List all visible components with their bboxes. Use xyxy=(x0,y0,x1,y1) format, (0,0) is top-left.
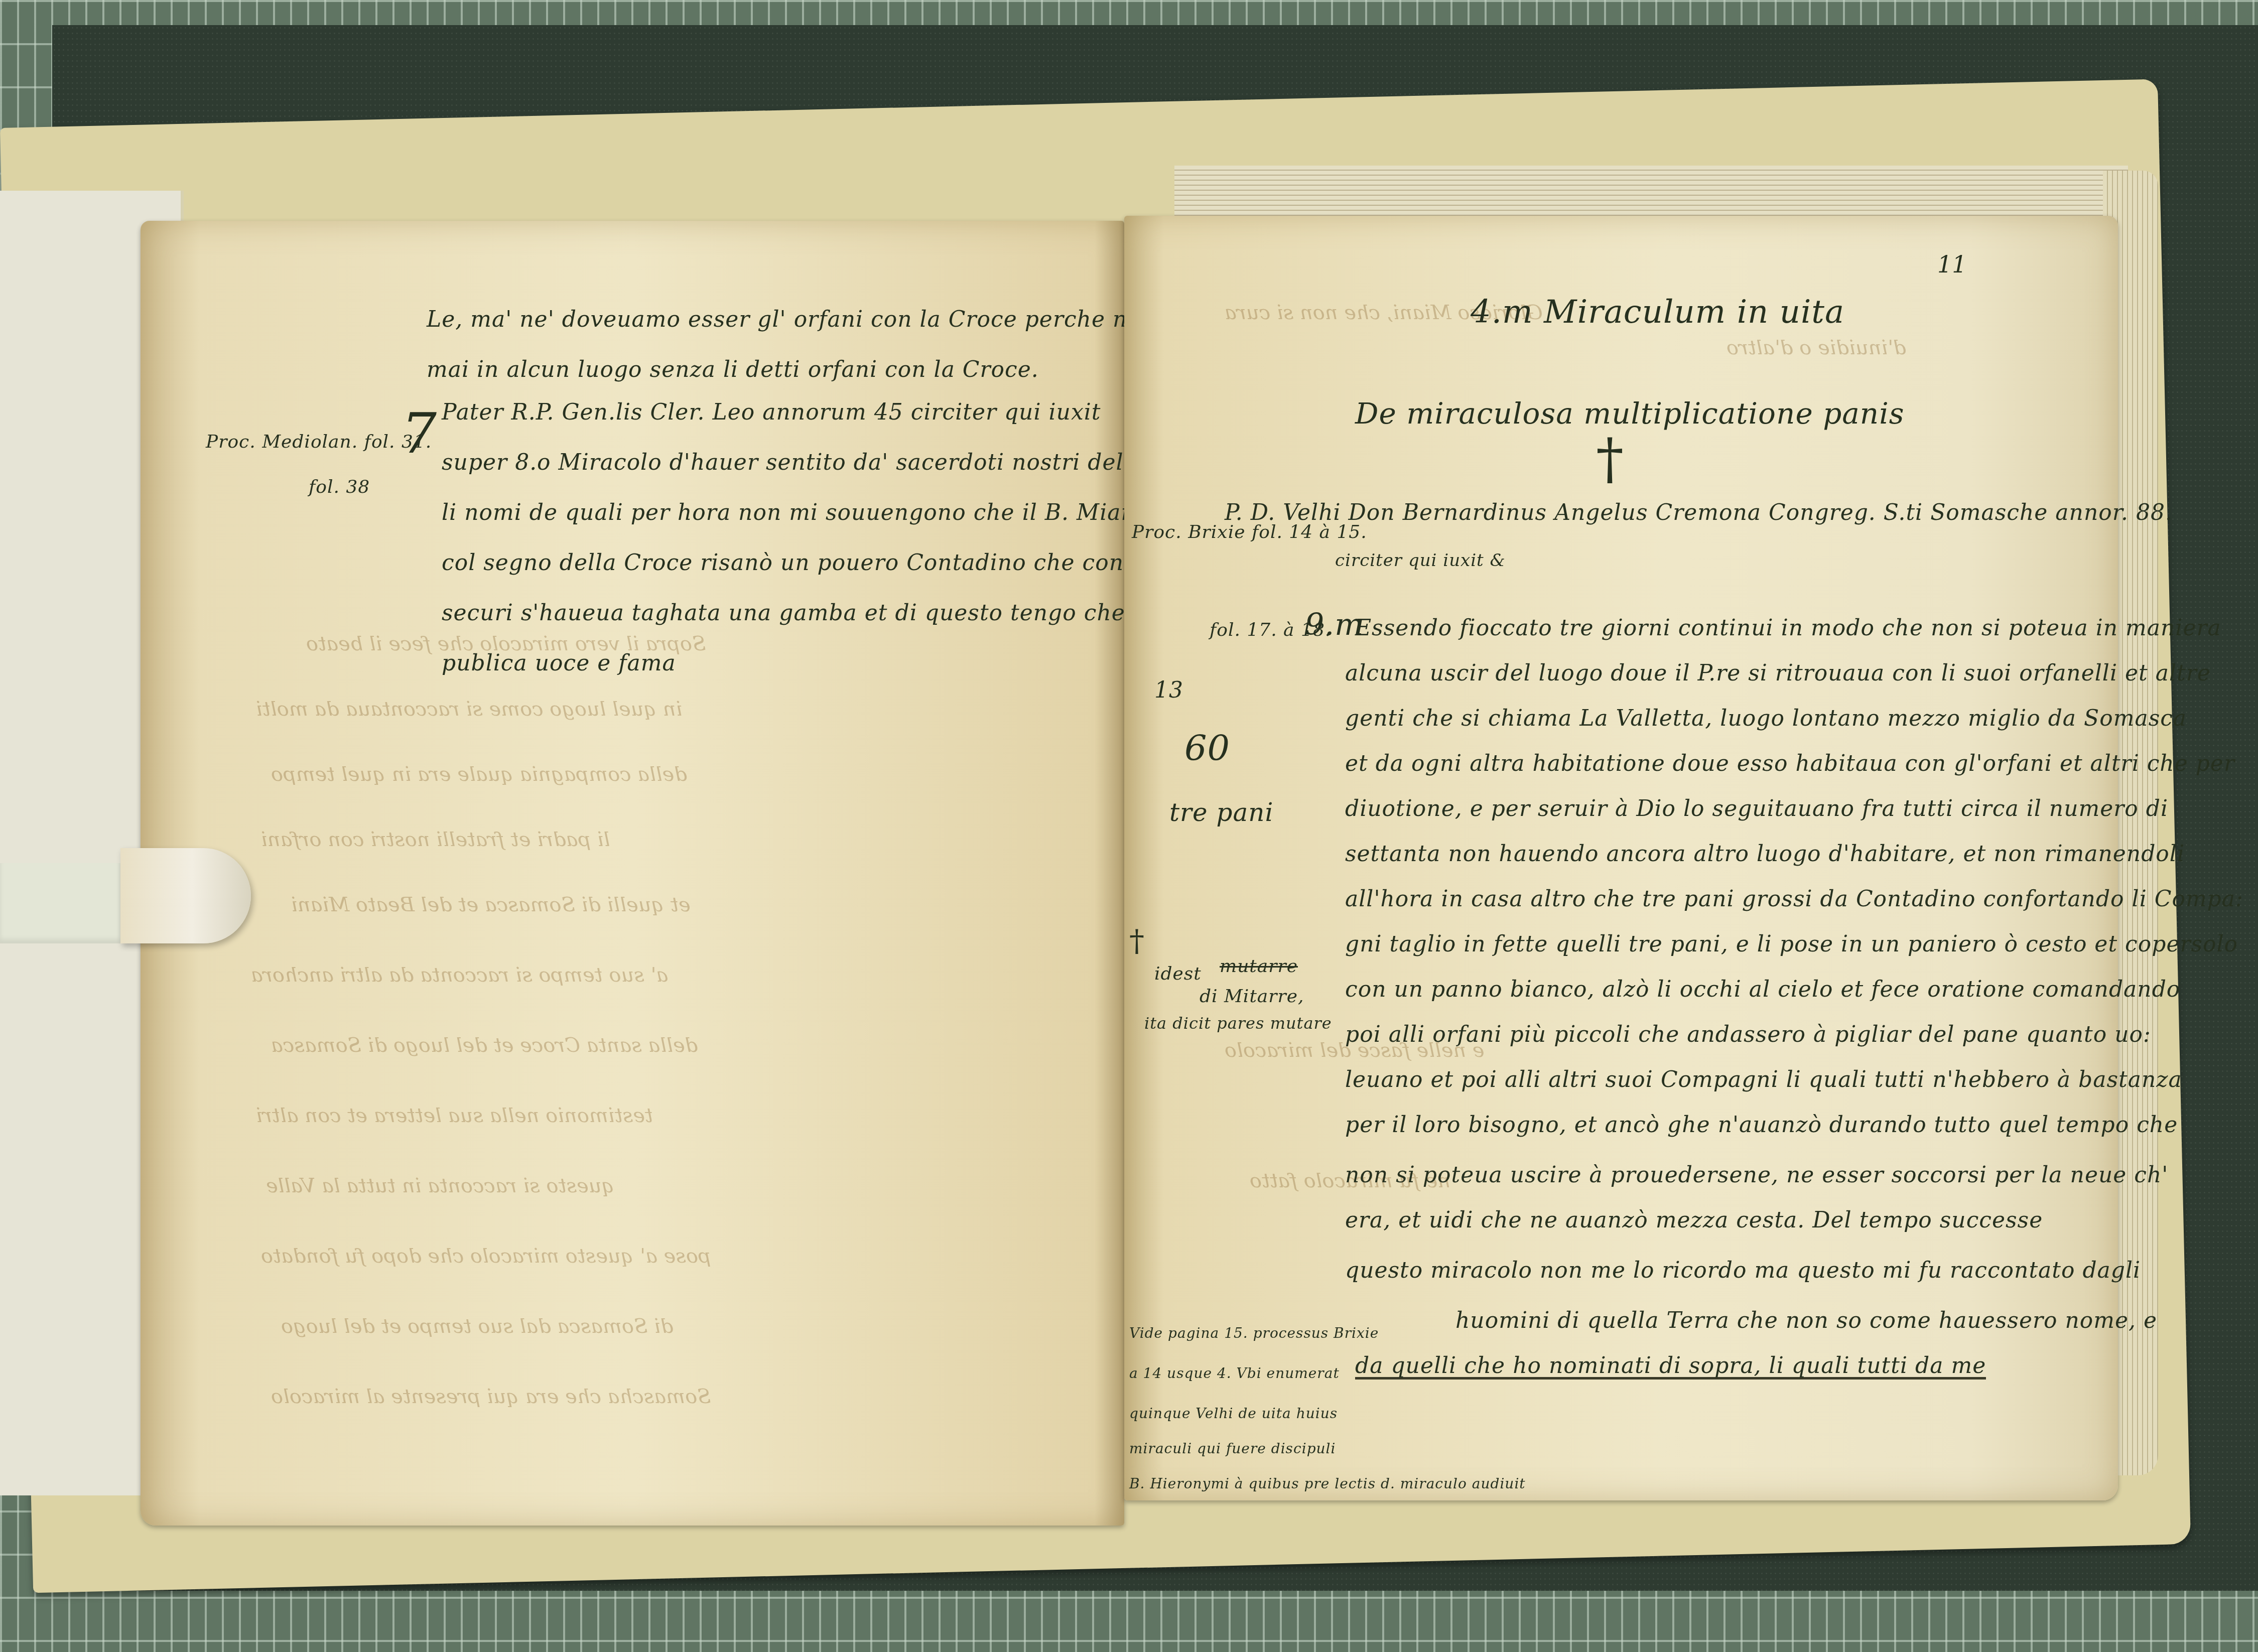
left-item-line-4: col segno della Croce risanò un pouero C… xyxy=(442,552,1174,574)
bleed-through-text: pose a' questo miracolo che dopo fu fond… xyxy=(261,1245,711,1268)
body-line-13: non si poteua uscire à prouedersene, ne … xyxy=(1345,1164,2168,1186)
folio-number: 11 xyxy=(1937,251,1967,278)
bottom-note-line-1: Vide pagina 15. processus Brixie xyxy=(1129,1325,1379,1341)
bleed-through-text: di Somasca dal suo tempo et del luogo xyxy=(281,1315,674,1338)
bleed-through-text: li padri et fratelli nostri con orfani xyxy=(261,828,610,851)
cross-mark: † xyxy=(1596,427,1624,491)
idest-line-3: ita dicit pares mutare xyxy=(1144,1014,1332,1033)
chapter-title: 4.m Miraculum in uita xyxy=(1471,294,1844,331)
bottom-note-line-2: a 14 usque 4. Vbi enumerat xyxy=(1129,1365,1340,1382)
body-line-8: gni taglio in fette quelli tre pani, e l… xyxy=(1345,933,2238,955)
bleed-through-text: testimonio nella sua lettera et con altr… xyxy=(256,1104,653,1127)
bleed-through-text: et quelli di Somasca et del Beato Miani xyxy=(291,893,691,916)
body-line-12: per il loro bisogno, et ancò ghe n'auanz… xyxy=(1345,1114,2178,1136)
body-line-16: huomini di quella Terra che non so come … xyxy=(1455,1310,2157,1332)
clip-head xyxy=(120,848,251,943)
bleed-through-text: della compagnia quale era in quel tempo xyxy=(271,763,687,786)
bottom-note-line-3: quinque Velhi de uita huius xyxy=(1129,1405,1338,1422)
left-item-line-6: publica uoce e fama xyxy=(442,652,676,674)
bleed-through-text: della santa Croce et del luogo di Somasc… xyxy=(271,1034,698,1057)
body-line-1: Essendo fioccato tre giorni continui in … xyxy=(1355,617,2221,639)
body-line-15: questo miracolo non me lo ricordo ma que… xyxy=(1345,1260,2141,1282)
left-line-2: mai in alcun luogo senza li detti orfani… xyxy=(427,359,1039,381)
margin-number-60: 60 xyxy=(1184,728,1230,769)
margin-note-proc-mediolan: Proc. Mediolan. fol. 31. xyxy=(206,432,432,452)
bleed-through-text: questo si racconta in tutta la Valle xyxy=(266,1174,614,1197)
archival-clip xyxy=(0,848,251,948)
idest-line-2: di Mitarre, xyxy=(1200,986,1304,1007)
margin-note-tre-pani: tre pani xyxy=(1169,798,1274,827)
struck-word: mutarre xyxy=(1220,956,1298,977)
body-line-4: et da ogni altra habitatione doue esso h… xyxy=(1345,753,2235,775)
left-item-line-3: li nomi de quali per hora non mi souueng… xyxy=(442,502,1143,524)
intro-line-2: circiter qui iuxit & xyxy=(1335,552,1506,569)
margin-number-13: 13 xyxy=(1154,677,1183,703)
bleed-through-text: Somascha che era qui presente al miracol… xyxy=(271,1385,711,1408)
intro-line-1: P. D. Velhi Don Bernardinus Angelus Crem… xyxy=(1225,502,2173,524)
left-item-line-5: securi s'haueua taghata una gamba et di … xyxy=(442,602,1202,624)
chapter-heading: De miraculosa multiplicatione panis xyxy=(1355,396,1905,431)
clip-band xyxy=(0,863,120,943)
body-line-10: poi alli orfani più piccoli che andasser… xyxy=(1345,1024,2151,1046)
left-item-line-1: Pater R.P. Gen.lis Cler. Leo annorum 45 … xyxy=(442,401,1101,424)
margin-cross-mark: † xyxy=(1129,923,1145,958)
idest-label: idest xyxy=(1154,963,1202,984)
bleed-through-text: d'inuidie o d'altro xyxy=(1726,336,1906,359)
body-line-6: settanta non hauendo ancora altro luogo … xyxy=(1345,843,2185,865)
bleed-through-text: a' suo tempo si racconta da altri anchor… xyxy=(251,963,668,987)
bottom-note-line-5: B. Hieronymi à quibus pre lectis d. mira… xyxy=(1129,1475,1526,1492)
body-line-17: da quelli che ho nominati di sopra, li q… xyxy=(1355,1355,1986,1380)
body-line-9: con un panno bianco, alzò li occhi al ci… xyxy=(1345,979,2180,1001)
margin-note-fol-38: fol. 38 xyxy=(309,477,370,497)
page-stack-top-edge xyxy=(1174,166,2128,221)
bottom-note-line-4: miraculi qui fuere discipuli xyxy=(1129,1440,1336,1457)
body-line-7: all'hora in casa altro che tre pani gros… xyxy=(1345,888,2243,910)
body-line-5: diuotione, e per seruir à Dio lo seguita… xyxy=(1345,798,2168,820)
body-line-2: alcuna uscir del luogo doue il P.re si r… xyxy=(1345,662,2211,684)
body-line-3: genti che si chiama La Valletta, luogo l… xyxy=(1345,708,2187,730)
body-line-14: era, et uidi che ne auanzò mezza cesta. … xyxy=(1345,1209,2043,1231)
bleed-through-text: in quel luogo come si raccontaua da molt… xyxy=(256,698,682,721)
body-line-11: leuano et poi alli altri suoi Compagni l… xyxy=(1345,1069,2182,1091)
